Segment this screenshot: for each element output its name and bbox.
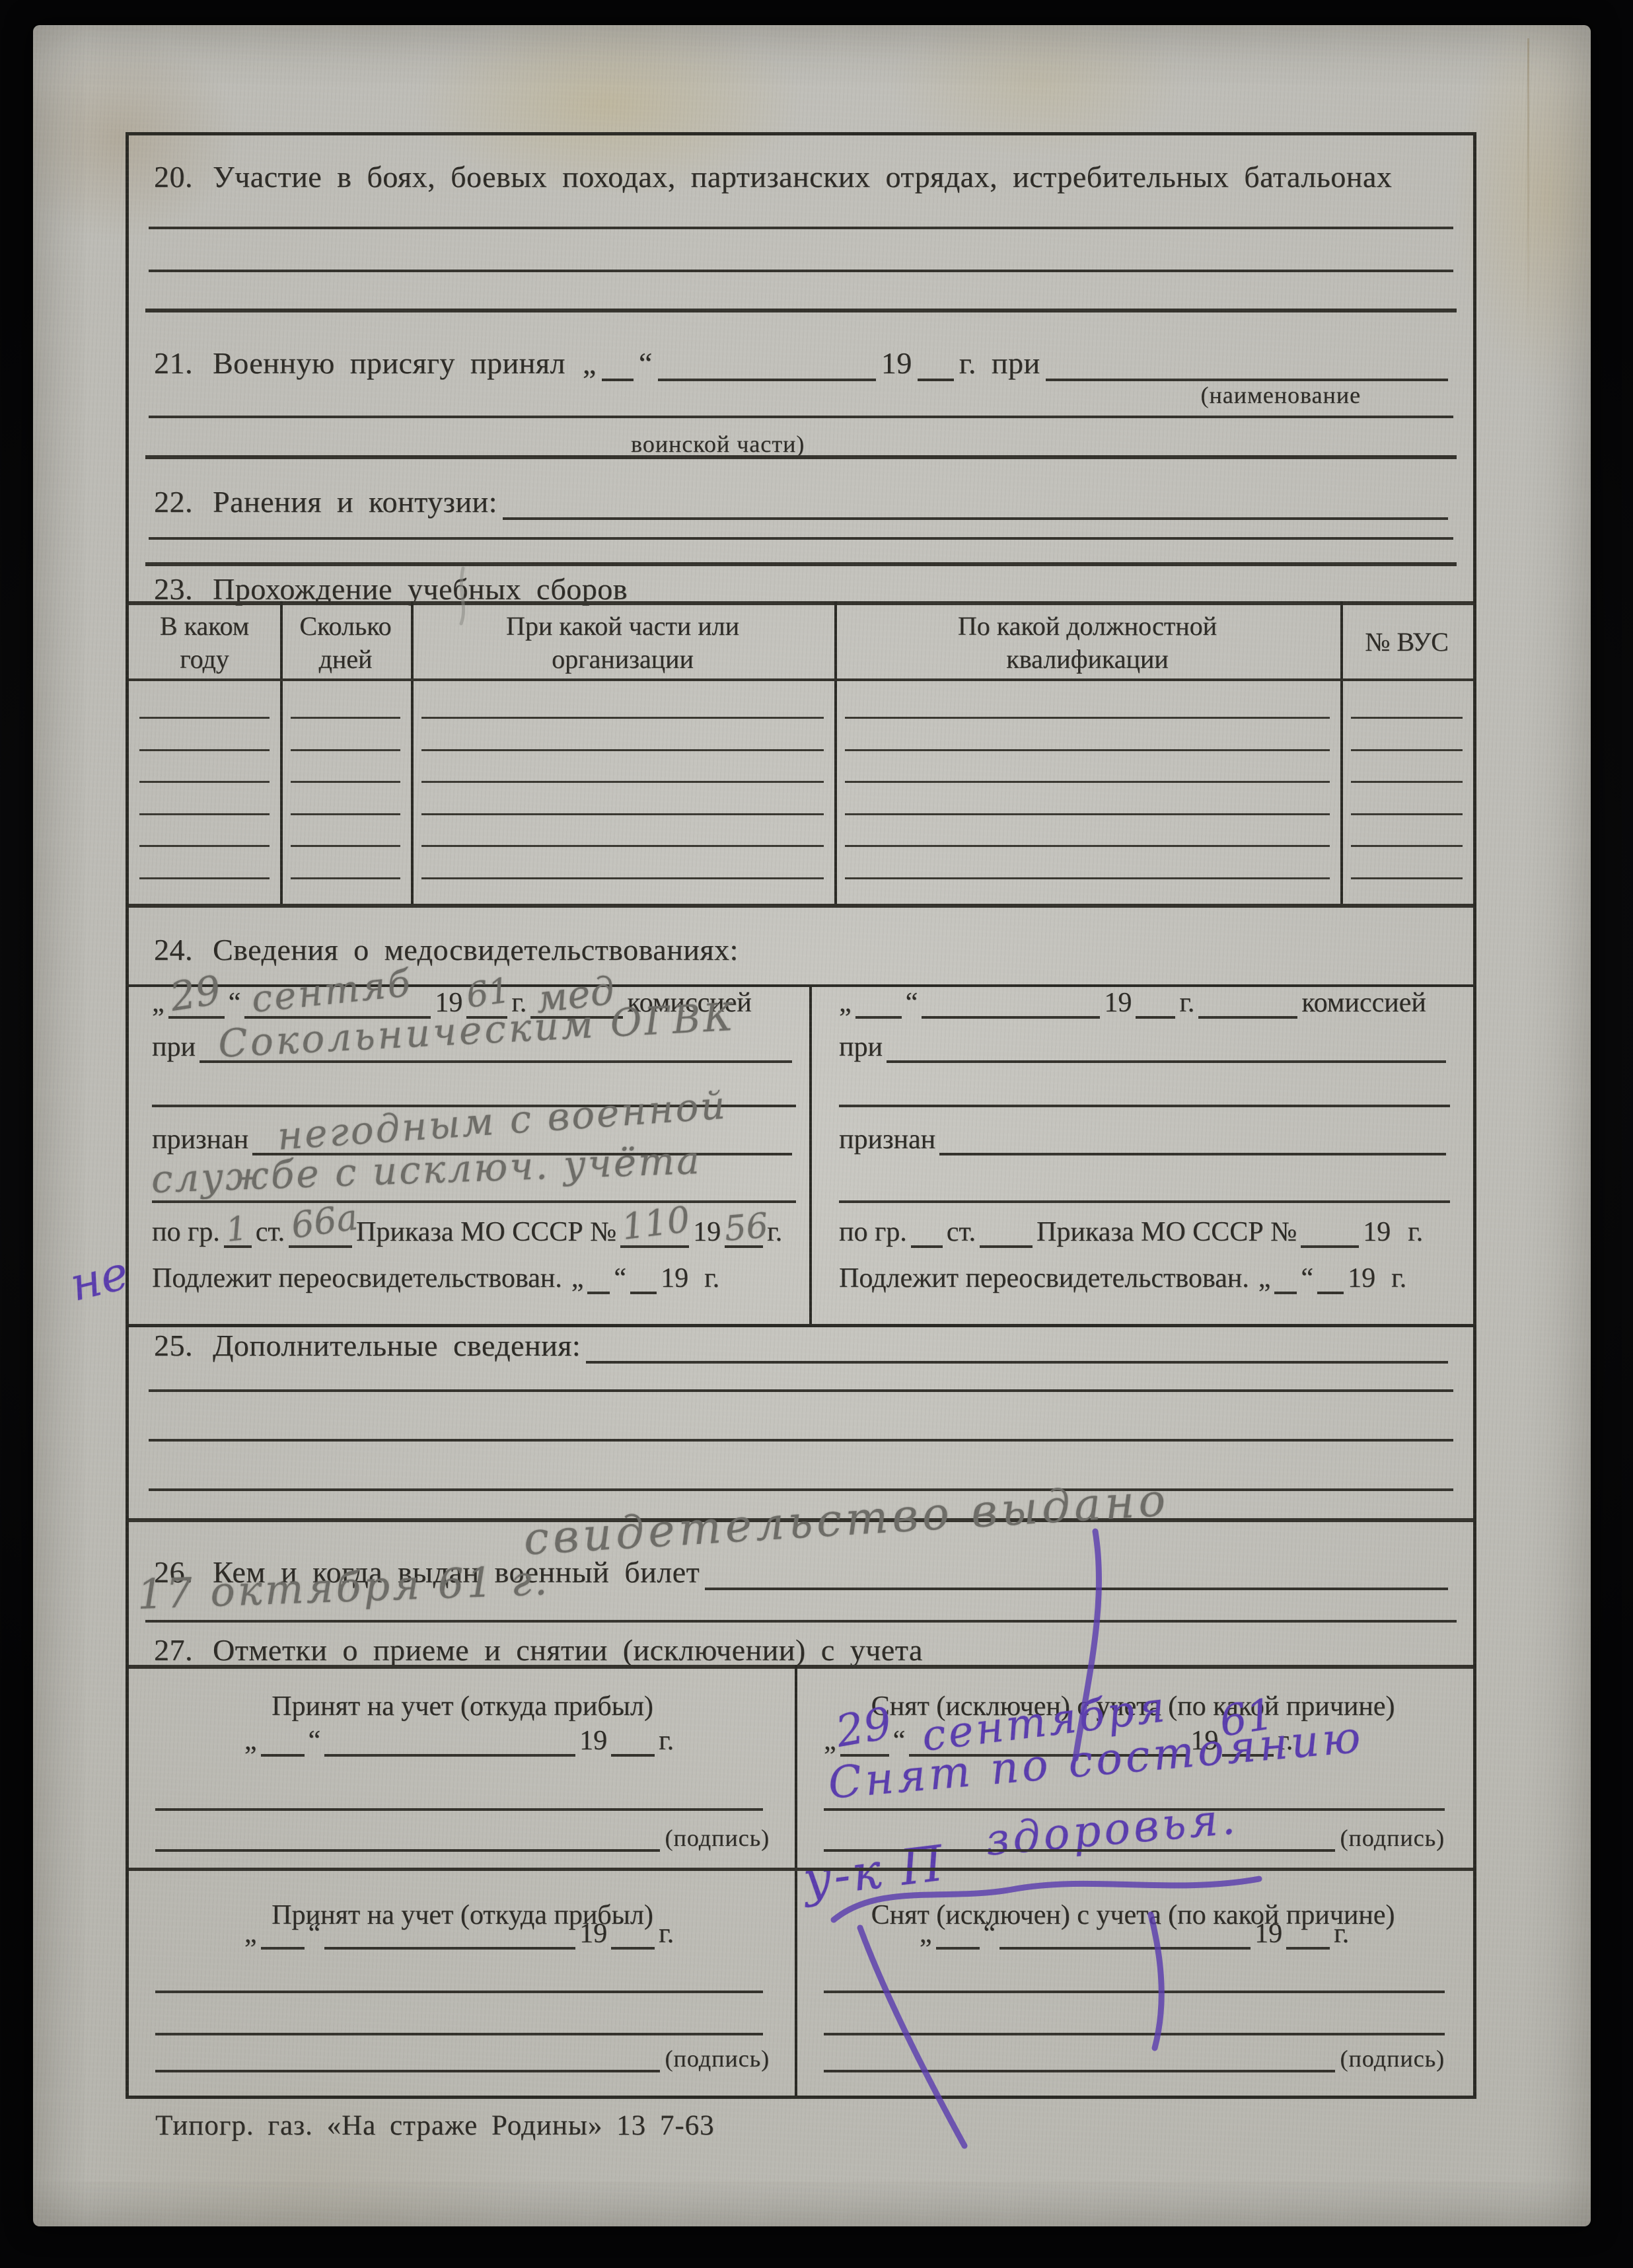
table-row (129, 813, 1473, 815)
section-20-title: Участие в боях, боевых походах, партизан… (213, 159, 1392, 195)
open-quote: „ (583, 346, 597, 381)
medical-box-divider (809, 987, 812, 1324)
table-top-border (129, 601, 1473, 605)
g-label: г. (1391, 1262, 1406, 1294)
ruled-line (149, 1488, 1453, 1491)
table-row (129, 717, 1473, 719)
print-shop-imprint: Типогр. газ. «На страже Родины» 13 7-63 (155, 2109, 715, 2142)
year-prefix: 19 (1254, 1918, 1282, 1950)
g-label: г. (1334, 1918, 1349, 1950)
close-quote: “ (1301, 1262, 1313, 1294)
ruled-line (824, 2033, 1445, 2035)
table-bottom-border (129, 904, 1473, 908)
signature-row: (подпись) (155, 2046, 770, 2072)
column-header-unit: При какой части или организации (411, 610, 834, 676)
g-label: г. (704, 1262, 719, 1294)
section-22-title: Ранения и контузии: (213, 484, 497, 520)
removed-date-row: „ “ 19 г. (824, 1919, 1445, 1950)
blank-month-field (999, 1942, 1251, 1950)
podpis-caption: (подпись) (1340, 2045, 1445, 2072)
handwriting-removed-day: 29 (832, 1701, 894, 1754)
table-row-divider (129, 1868, 1473, 1871)
ruled-line (824, 1991, 1445, 1993)
blank-commission-field (1198, 1011, 1297, 1019)
ruled-line (145, 562, 1457, 566)
pogr-label: по гр. (839, 1216, 907, 1248)
ruled-line (149, 270, 1453, 272)
st-label: ст. (947, 1216, 976, 1248)
priznan-label: признан (152, 1124, 248, 1155)
g-label: г. (659, 1918, 674, 1950)
medical-pri-row: при (839, 1031, 1450, 1063)
blank-pri-field (887, 1055, 1446, 1063)
blank-month-field (324, 1749, 575, 1757)
close-quote: “ (984, 1918, 996, 1950)
open-quote: „ (152, 987, 164, 1019)
blank-day-field (602, 373, 634, 381)
pri-label: при (839, 1031, 883, 1063)
ruled-line (149, 416, 1453, 418)
table-row (129, 781, 1473, 783)
open-quote: „ (839, 987, 852, 1019)
blank-gr-field (911, 1240, 943, 1248)
accepted-date-row: „ “ 19 г. (168, 1726, 750, 1757)
prikaz-label: Приказа МО СССР № (1036, 1216, 1297, 1248)
close-quote: “ (906, 987, 918, 1019)
section-25-header: 25. Дополнительные сведения: (154, 1328, 1453, 1364)
signature-line (155, 2065, 660, 2072)
blank-prikaz-num-field (1301, 1240, 1359, 1248)
g-label: г. (1179, 987, 1194, 1019)
medical-priznan-row: признан (839, 1124, 1450, 1155)
ruled-line (155, 1991, 763, 1993)
ruled-line (145, 1620, 1457, 1623)
blank-month-field (1317, 1286, 1344, 1294)
column-header-year: В каком году (129, 610, 280, 676)
blank-day-field (936, 1942, 980, 1950)
open-quote: „ (571, 1262, 584, 1294)
table-column-divider (795, 1665, 797, 2096)
document-paper: 20. Участие в боях, боевых походах, парт… (33, 25, 1591, 2226)
blank-prikaz-num-field: 110 (620, 1240, 689, 1248)
blank-day-field: 29 (168, 1011, 225, 1019)
signature-line (824, 2065, 1335, 2072)
year-prefix: 19 (579, 1918, 607, 1950)
signature-line (824, 1844, 1335, 1852)
handwriting-prikaz-year: 56 (723, 1208, 770, 1247)
year-prefix: 19 (881, 346, 912, 381)
handwriting-st: 66а (289, 1199, 360, 1244)
signature-row: (подпись) (824, 1825, 1445, 1852)
commission-label: комиссией (1301, 987, 1426, 1019)
podlezhit-label: Подлежит переосвидетельствован. (152, 1262, 562, 1294)
section-27-number: 27. (154, 1632, 193, 1668)
section-22-header: 22. Ранения и контузии: (154, 484, 1453, 520)
close-quote: “ (308, 1725, 321, 1757)
blank-year-field (1286, 1942, 1330, 1950)
section-22-number: 22. (154, 484, 193, 520)
blank-issued-by-field (705, 1582, 1448, 1590)
signature-line (155, 1844, 660, 1852)
blank-additional-field (586, 1356, 1448, 1364)
blank-wounds-field (503, 512, 1448, 520)
section-24-number: 24. (154, 932, 193, 968)
blank-day-field (1274, 1286, 1297, 1294)
section-27-title: Отметки о приеме и снятии (исключении) с… (213, 1632, 923, 1668)
table-row (129, 877, 1473, 879)
open-quote: „ (920, 1918, 932, 1950)
podpis-caption: (подпись) (665, 1824, 770, 1852)
section-21-title: Военную присягу принял (213, 346, 565, 381)
close-quote: “ (614, 1262, 626, 1294)
g-label: г. (1408, 1216, 1423, 1248)
ruled-line (149, 227, 1453, 229)
medical-podlezhit-row: Подлежит переосвидетельствован. „ “ 19 г… (152, 1262, 796, 1294)
ruled-line (155, 2033, 763, 2035)
medical-exam-box: „ 29 “ сентяб 19 61 г. мед (129, 984, 1473, 1327)
blank-month-field (630, 1286, 657, 1294)
ruled-line (149, 1439, 1453, 1442)
ruled-line (145, 455, 1457, 459)
ruled-line (839, 1105, 1450, 1107)
handwriting-gr: 1 (224, 1212, 248, 1247)
prikaz-label: Приказа МО СССР № (356, 1216, 616, 1248)
paper-crease (1527, 38, 1529, 342)
table-row (129, 749, 1473, 751)
medical-prikaz-row: по гр. ст. Приказа МО СССР № 19 г. (839, 1216, 1450, 1248)
podlezhit-label: Подлежит переосвидетельствован. (839, 1262, 1249, 1294)
blank-month-field (658, 373, 876, 381)
blank-year-field (1136, 1011, 1175, 1019)
handwriting-day: 29 (167, 970, 223, 1017)
form-frame: 20. Участие в боях, боевых походах, парт… (126, 132, 1476, 2099)
g-pri-label: г. при (959, 346, 1040, 381)
section-24-title: Сведения о медосвидетельствованиях: (213, 932, 739, 968)
pogr-label: по гр. (152, 1216, 220, 1248)
close-quote: “ (229, 987, 241, 1019)
podpis-caption: (подпись) (665, 2045, 770, 2072)
handwriting-margin-note: не (65, 1249, 133, 1308)
section-20-header: 20. Участие в боях, боевых походах, парт… (154, 159, 1392, 195)
section-21-header: 21. Военную присягу принял „ “ 19 г. при (154, 346, 1453, 381)
year-prefix: 19 (693, 1216, 721, 1248)
medical-podlezhit-row: Подлежит переосвидетельствован. „ “ 19 г… (839, 1262, 1450, 1294)
blank-day-field (855, 1011, 902, 1019)
pri-label: при (152, 1031, 196, 1063)
blank-day-field (261, 1942, 305, 1950)
g-label: г. (659, 1725, 674, 1757)
open-quote: „ (1258, 1262, 1271, 1294)
blank-gr-field: 1 (224, 1240, 252, 1248)
caption-voinskoy-chasti: воинской части) (631, 430, 805, 458)
blank-prikaz-year-field: 56 (725, 1240, 763, 1248)
blank-year-field (611, 1942, 655, 1950)
column-header-days: Сколько дней (280, 610, 411, 676)
table-top-border (129, 1665, 1473, 1669)
blank-year-field (918, 373, 954, 381)
caption-naimenovanie: (наименование (1200, 381, 1361, 409)
open-quote: „ (244, 1918, 257, 1950)
section-25-number: 25. (154, 1328, 193, 1364)
blank-st-field (980, 1240, 1033, 1248)
blank-year-field (611, 1749, 655, 1757)
close-quote: “ (639, 346, 653, 381)
ruled-line (149, 537, 1453, 540)
scanned-military-document-page: { "common": { "q1": "„", "q2": "“", "y19… (0, 0, 1633, 2268)
open-quote: „ (244, 1725, 257, 1757)
year-prefix: 19 (579, 1725, 607, 1757)
blank-st-field: 66а (289, 1240, 352, 1248)
column-header-qualification: По какой должностной квалификации (834, 610, 1340, 676)
accepted-date-row: „ “ 19 г. (168, 1919, 750, 1950)
medical-date-row: „ “ 19 г. комиссией (839, 987, 1450, 1019)
section-21-number: 21. (154, 346, 193, 381)
year-prefix: 19 (661, 1262, 688, 1294)
blank-priznan-field (939, 1148, 1446, 1155)
accepted-header: Принят на учет (откуда прибыл) (155, 1689, 770, 1724)
open-quote: „ (824, 1725, 836, 1757)
blank-day-field (261, 1749, 305, 1757)
signature-row: (подпись) (155, 1825, 770, 1852)
blank-month-field (922, 1011, 1100, 1019)
table-row (129, 845, 1473, 847)
section-20-number: 20. (154, 159, 193, 195)
blank-month-field (324, 1942, 575, 1950)
close-quote: “ (308, 1918, 321, 1950)
blank-pri-field: Сокольническим ОГВК (200, 1055, 792, 1063)
priznan-label: признан (839, 1124, 935, 1155)
signature-row: (подпись) (824, 2046, 1445, 2072)
handwriting-issue-date: 17 октября 61 г. (137, 1560, 551, 1615)
medical-prikaz-row: по гр. 1 ст. 66а Приказа МО СССР № 110 1… (152, 1216, 796, 1248)
year-prefix: 19 (1363, 1216, 1391, 1248)
column-header-vus: № ВУС (1340, 626, 1473, 659)
blank-unit-field (1046, 373, 1448, 381)
year-prefix: 19 (1104, 987, 1132, 1019)
ruled-line (839, 1200, 1450, 1203)
ruled-line (155, 1808, 763, 1811)
handwriting-prikaz-num: 110 (620, 1202, 692, 1245)
medical-entry-left: „ 29 “ сентяб 19 61 г. мед (152, 987, 796, 1324)
section-24-header: 24. Сведения о медосвидетельствованиях: (154, 932, 739, 968)
year-prefix: 19 (1348, 1262, 1375, 1294)
medical-entry-right: „ “ 19 г. комиссией при признан (839, 987, 1450, 1324)
section-27-header: 27. Отметки о приеме и снятии (исключени… (154, 1632, 923, 1668)
handwriting-month: сентяб (250, 965, 414, 1019)
section-25-title: Дополнительные сведения: (213, 1328, 581, 1364)
podpis-caption: (подпись) (1340, 1824, 1445, 1852)
ruled-line (152, 1200, 796, 1203)
blank-day-field (587, 1286, 610, 1294)
table-header-border (129, 678, 1473, 681)
ruled-line (149, 1389, 1453, 1392)
st-label: ст. (256, 1216, 285, 1248)
medical-pri-row: при Сокольническим ОГВК (152, 1031, 796, 1063)
ruled-line (145, 309, 1457, 312)
